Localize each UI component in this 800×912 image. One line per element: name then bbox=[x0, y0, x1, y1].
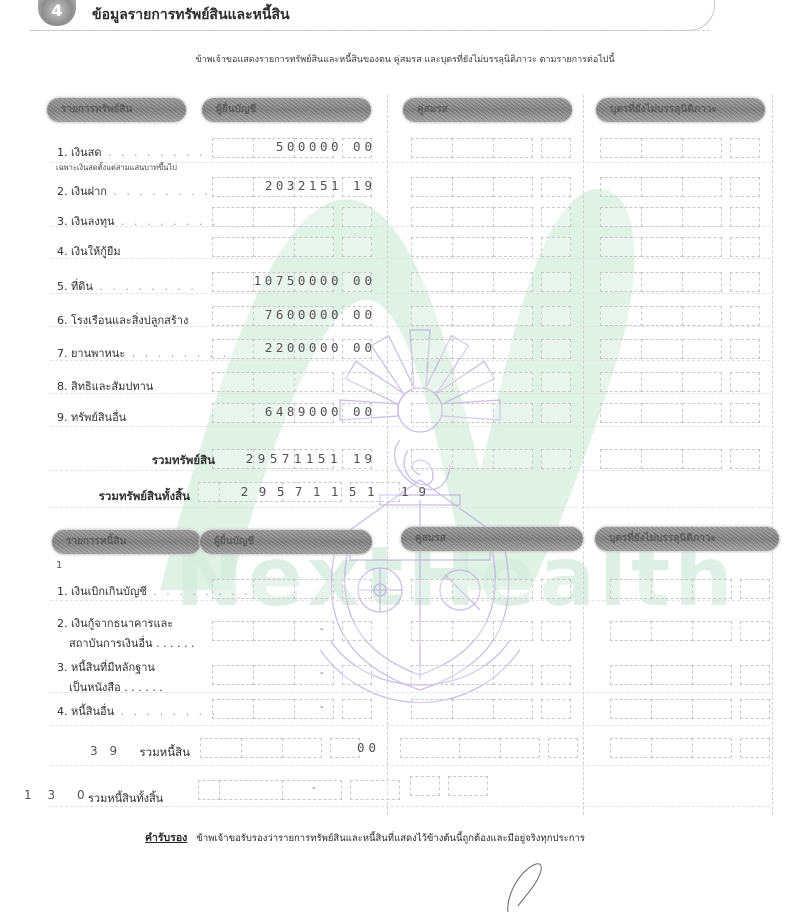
leader-dots: . . . . . . . . bbox=[107, 185, 211, 198]
liability-label-text: 2. เงินกู้จากธนาคารและ bbox=[57, 614, 195, 634]
amount-cell[interactable] bbox=[253, 207, 295, 227]
certification-text: ข้าพเจ้าขอรับรองว่ารายการทรัพย์สินและหนี… bbox=[196, 833, 585, 844]
liability-spouse-amount[interactable] bbox=[411, 699, 570, 721]
amount-cell[interactable] bbox=[342, 621, 372, 641]
row-separator bbox=[50, 426, 770, 427]
amount-cell[interactable] bbox=[600, 403, 642, 423]
asset-spouse-amount[interactable] bbox=[411, 138, 570, 160]
liabilities-grand-total-box[interactable] bbox=[198, 780, 399, 802]
amount-cell[interactable] bbox=[730, 272, 760, 292]
asset-row-label: 8. สิทธิและสัมปทาน bbox=[57, 377, 153, 395]
amount-cell[interactable] bbox=[730, 306, 760, 326]
amount-cell[interactable] bbox=[541, 177, 571, 197]
amount-cell[interactable] bbox=[212, 699, 254, 719]
liabilities-grand-total-label: รวมหนี้สินทั้งสิ้น bbox=[88, 789, 163, 807]
amount-cell[interactable] bbox=[651, 738, 693, 758]
amount-cell[interactable] bbox=[641, 306, 683, 326]
liability-label-text: 3. หนี้สินที่มีหลักฐาน bbox=[57, 658, 163, 678]
amount-cell[interactable] bbox=[411, 621, 453, 641]
amount-cell[interactable] bbox=[641, 403, 683, 423]
amount-cell[interactable] bbox=[342, 207, 372, 227]
amount-cell[interactable] bbox=[493, 579, 533, 599]
asset-declarant-satang: 00 bbox=[348, 139, 376, 154]
amount-cell[interactable] bbox=[541, 403, 571, 423]
amount-cell[interactable] bbox=[651, 699, 693, 719]
amount-cell[interactable] bbox=[600, 237, 642, 257]
assets-grand-total-label: รวมทรัพย์สินทั้งสิ้น bbox=[30, 488, 190, 506]
amount-cell[interactable] bbox=[493, 665, 533, 685]
amount-cell[interactable] bbox=[200, 738, 242, 758]
amount-cell[interactable] bbox=[411, 237, 453, 257]
amount-cell[interactable] bbox=[692, 665, 732, 685]
certification: คำรับรอง ข้าพเจ้าขอรับรองว่ารายการทรัพย์… bbox=[145, 829, 585, 846]
asset-declarant-satang: 00 bbox=[348, 307, 376, 322]
liabilities-grand-total-prefix: 0 bbox=[77, 788, 85, 802]
asset-children-amount[interactable] bbox=[600, 372, 759, 394]
section-header-underline bbox=[40, 30, 710, 31]
amount-cell[interactable] bbox=[493, 449, 533, 469]
amount-cell[interactable] bbox=[411, 272, 453, 292]
amount-cell[interactable] bbox=[452, 449, 494, 469]
amount-cell[interactable] bbox=[682, 372, 722, 392]
amount-cell[interactable] bbox=[452, 621, 494, 641]
amount-cell[interactable] bbox=[452, 138, 494, 158]
amount-cell[interactable] bbox=[682, 403, 722, 423]
amount-cell[interactable] bbox=[641, 372, 683, 392]
amount-cell[interactable] bbox=[541, 699, 571, 719]
asset-label-text: 2. เงินฝาก bbox=[57, 185, 107, 198]
amount-cell[interactable] bbox=[400, 738, 460, 758]
asset-spouse-amount[interactable] bbox=[411, 207, 570, 229]
amount-cell[interactable] bbox=[651, 665, 693, 685]
amount-cell[interactable] bbox=[253, 372, 295, 392]
amount-cell[interactable] bbox=[459, 738, 501, 758]
assets-header-item: รายการทรัพย์สิน bbox=[47, 98, 186, 122]
liability-declarant-amount[interactable] bbox=[212, 665, 371, 687]
amount-cell[interactable] bbox=[452, 339, 494, 359]
liability-declarant-value: - bbox=[320, 624, 324, 635]
amount-cell[interactable] bbox=[641, 207, 683, 227]
amount-cell[interactable] bbox=[410, 776, 440, 796]
asset-declarant-baht: 2032151 bbox=[200, 178, 342, 193]
assets-header-children: บุตรที่ยังไม่บรรลุนิติภาวะ bbox=[596, 98, 765, 122]
amount-cell[interactable] bbox=[493, 306, 533, 326]
amount-cell[interactable] bbox=[692, 621, 732, 641]
amount-cell[interactable] bbox=[282, 738, 322, 758]
amount-cell[interactable] bbox=[730, 207, 760, 227]
asset-label-text: 6. โรงเรือนและสิ่งปลูกสร้าง bbox=[57, 314, 188, 327]
liability-children-amount[interactable] bbox=[610, 579, 769, 601]
liability-children-amount[interactable] bbox=[610, 665, 769, 687]
amount-cell[interactable] bbox=[740, 665, 770, 685]
asset-declarant-satang: 19 bbox=[348, 178, 376, 193]
liability-spouse-amount[interactable] bbox=[411, 621, 570, 643]
asset-children-amount[interactable] bbox=[600, 403, 759, 425]
amount-cell[interactable] bbox=[411, 449, 453, 469]
liability-declarant-amount[interactable] bbox=[212, 621, 371, 643]
amount-cell[interactable] bbox=[740, 579, 770, 599]
amount-cell[interactable] bbox=[600, 272, 642, 292]
column-divider bbox=[772, 95, 773, 815]
liabilities-subtotal-box[interactable] bbox=[200, 738, 359, 760]
amount-cell[interactable] bbox=[294, 579, 334, 599]
assets-header-spouse: คู่สมรส bbox=[403, 98, 572, 122]
amount-cell[interactable] bbox=[493, 699, 533, 719]
amount-cell[interactable] bbox=[692, 738, 732, 758]
amount-cell[interactable] bbox=[730, 177, 760, 197]
amount-cell[interactable] bbox=[253, 621, 295, 641]
assets-subtotal-spouse-box[interactable] bbox=[411, 449, 570, 471]
amount-cell[interactable] bbox=[411, 138, 453, 158]
liability-row-label: 2. เงินกู้จากธนาคารและสถาบันการเงินอื่น … bbox=[57, 614, 195, 654]
amount-cell[interactable] bbox=[610, 579, 652, 599]
asset-row-label: 5. ที่ดิน . . . . . . . . bbox=[57, 277, 197, 295]
amount-cell[interactable] bbox=[212, 665, 254, 685]
amount-cell[interactable] bbox=[253, 699, 295, 719]
liability-spouse-amount[interactable] bbox=[411, 579, 570, 601]
amount-cell[interactable] bbox=[692, 579, 732, 599]
amount-cell[interactable] bbox=[411, 177, 453, 197]
amount-cell[interactable] bbox=[350, 780, 400, 800]
liabilities-header-declarant: ผู้ยื่นบัญชี bbox=[200, 530, 372, 554]
amount-cell[interactable] bbox=[541, 665, 571, 685]
row-separator bbox=[50, 507, 770, 508]
amount-cell[interactable] bbox=[452, 177, 494, 197]
amount-cell[interactable] bbox=[651, 621, 693, 641]
amount-cell[interactable] bbox=[541, 272, 571, 292]
amount-cell[interactable] bbox=[651, 579, 693, 599]
amount-cell[interactable] bbox=[610, 738, 652, 758]
amount-cell[interactable] bbox=[493, 403, 533, 423]
liability-children-amount[interactable] bbox=[610, 699, 769, 721]
amount-cell[interactable] bbox=[448, 776, 488, 796]
amount-cell[interactable] bbox=[493, 237, 533, 257]
amount-cell[interactable] bbox=[600, 306, 642, 326]
liability-label-text-line2: สถาบันการเงินอื่น . . . . . . bbox=[57, 634, 195, 654]
amount-cell[interactable] bbox=[342, 665, 372, 685]
police-seal-watermark bbox=[310, 300, 530, 720]
asset-children-amount[interactable] bbox=[600, 207, 759, 229]
amount-cell[interactable] bbox=[493, 177, 533, 197]
amount-cell[interactable] bbox=[294, 207, 334, 227]
amount-cell[interactable] bbox=[212, 621, 254, 641]
amount-cell[interactable] bbox=[452, 372, 494, 392]
assets-header-declarant: ผู้ยื่นบัญชี bbox=[202, 98, 371, 122]
assets-grand-total-satang: 19 bbox=[400, 484, 436, 499]
amount-cell[interactable] bbox=[740, 621, 770, 641]
liability-row-label: 1. เงินเบิกเกินบัญชี . . . . . . . . bbox=[57, 582, 251, 602]
asset-spouse-amount[interactable] bbox=[411, 177, 570, 199]
amount-cell[interactable] bbox=[452, 699, 494, 719]
liability-children-amount[interactable] bbox=[610, 621, 769, 643]
asset-declarant-amount[interactable] bbox=[212, 237, 371, 259]
amount-cell[interactable] bbox=[198, 780, 220, 800]
amount-cell[interactable] bbox=[682, 138, 722, 158]
amount-cell[interactable] bbox=[452, 306, 494, 326]
amount-cell[interactable] bbox=[600, 339, 642, 359]
amount-cell[interactable] bbox=[541, 621, 571, 641]
leader-dots: . . . . . . . . bbox=[93, 280, 197, 293]
amount-cell[interactable] bbox=[452, 207, 494, 227]
amount-cell[interactable] bbox=[294, 372, 334, 392]
liabilities-header-spouse: คู่สมรส bbox=[401, 527, 583, 551]
asset-declarant-baht: 500000 bbox=[200, 139, 342, 154]
amount-cell[interactable] bbox=[641, 237, 683, 257]
asset-children-amount[interactable] bbox=[600, 177, 759, 199]
amount-cell[interactable] bbox=[740, 699, 770, 719]
liabilities-subtotal-children-box[interactable] bbox=[610, 738, 769, 760]
asset-label-text: 5. ที่ดิน bbox=[57, 280, 93, 293]
amount-cell[interactable] bbox=[541, 237, 571, 257]
liability-label-text: 1. เงินเบิกเกินบัญชี . . . . . . . . bbox=[57, 582, 251, 602]
amount-cell[interactable] bbox=[610, 665, 652, 685]
asset-row-label: 1. เงินสด . . . . . . . . bbox=[57, 143, 205, 161]
amount-cell[interactable] bbox=[600, 449, 642, 469]
amount-cell[interactable] bbox=[682, 237, 722, 257]
amount-cell[interactable] bbox=[493, 138, 533, 158]
liabilities-subtotal-label: รวมหนี้สิน bbox=[118, 744, 190, 762]
asset-spouse-amount[interactable] bbox=[411, 339, 570, 361]
amount-cell[interactable] bbox=[641, 272, 683, 292]
asset-row-label: 4. เงินให้กู้ยืม bbox=[57, 242, 121, 260]
amount-cell[interactable] bbox=[692, 699, 732, 719]
leader-dots: . . . . . . . . bbox=[114, 705, 218, 718]
asset-declarant-amount[interactable] bbox=[212, 207, 371, 229]
amount-cell[interactable] bbox=[541, 306, 571, 326]
signature bbox=[500, 860, 560, 912]
amount-cell[interactable] bbox=[541, 207, 571, 227]
amount-cell[interactable] bbox=[342, 579, 372, 599]
amount-cell[interactable] bbox=[610, 621, 652, 641]
asset-label-text: 7. ยานพาหนะ bbox=[57, 347, 125, 360]
asset-spouse-amount[interactable] bbox=[411, 372, 570, 394]
asset-spouse-amount[interactable] bbox=[411, 237, 570, 259]
amount-cell[interactable] bbox=[600, 177, 642, 197]
liabilities-margin-note: 1 3 bbox=[24, 788, 61, 802]
amount-cell[interactable] bbox=[452, 237, 494, 257]
amount-cell[interactable] bbox=[600, 138, 642, 158]
amount-cell[interactable] bbox=[212, 237, 254, 257]
row-separator bbox=[50, 765, 770, 766]
asset-children-amount[interactable] bbox=[600, 138, 759, 160]
cash-note: เฉพาะเงินสดตั้งแต่สามแสนบาทขึ้นไป bbox=[56, 162, 177, 174]
asset-declarant-baht: 7600000 bbox=[200, 307, 342, 322]
amount-cell[interactable] bbox=[411, 699, 453, 719]
asset-label-text: 8. สิทธิและสัมปทาน bbox=[57, 380, 153, 393]
amount-cell[interactable] bbox=[541, 372, 571, 392]
amount-cell[interactable] bbox=[730, 449, 760, 469]
asset-declarant-satang: 00 bbox=[348, 404, 376, 419]
amount-cell[interactable] bbox=[730, 138, 760, 158]
amount-cell[interactable] bbox=[294, 621, 334, 641]
assets-subtotal-baht: 29571151 bbox=[200, 451, 342, 466]
amount-cell[interactable] bbox=[411, 306, 453, 326]
liabilities-subtotal-prefix: 3 9 bbox=[90, 744, 121, 758]
amount-cell[interactable] bbox=[212, 372, 254, 392]
amount-cell[interactable] bbox=[600, 207, 642, 227]
amount-cell[interactable] bbox=[294, 237, 334, 257]
section-intro-text: ข้าพเจ้าขอแสดงรายการทรัพย์สินและหนี้สินข… bbox=[95, 52, 715, 66]
asset-children-amount[interactable] bbox=[600, 339, 759, 361]
amount-cell[interactable] bbox=[411, 665, 453, 685]
amount-cell[interactable] bbox=[452, 579, 494, 599]
asset-spouse-amount[interactable] bbox=[411, 272, 570, 294]
leader-dots: . . . . . . . . bbox=[102, 146, 206, 159]
amount-cell[interactable] bbox=[241, 738, 283, 758]
asset-children-amount[interactable] bbox=[600, 237, 759, 259]
amount-cell[interactable] bbox=[730, 339, 760, 359]
liability-label-text-line2: เป็นหนังสือ . . . . . . bbox=[57, 678, 163, 698]
certification-heading: คำรับรอง bbox=[145, 832, 187, 844]
amount-cell[interactable] bbox=[452, 403, 494, 423]
amount-cell[interactable] bbox=[452, 665, 494, 685]
liabilities-subtotal-spouse-box[interactable] bbox=[400, 738, 577, 760]
liabilities-header-children: บุตรที่ยังไม่บรรลุนิติภาวะ bbox=[595, 527, 779, 551]
asset-row-label: 6. โรงเรือนและสิ่งปลูกสร้าง bbox=[57, 311, 188, 329]
amount-cell[interactable] bbox=[682, 339, 722, 359]
amount-cell[interactable] bbox=[541, 449, 571, 469]
amount-cell[interactable] bbox=[730, 237, 760, 257]
amount-cell[interactable] bbox=[682, 449, 722, 469]
asset-row-label: 3. เงินลงทุน . . . . . . . . bbox=[57, 212, 218, 230]
stray-mark: 1 bbox=[56, 560, 62, 571]
amount-cell[interactable] bbox=[600, 372, 642, 392]
amount-cell[interactable] bbox=[682, 272, 722, 292]
liability-row-label: 3. หนี้สินที่มีหลักฐานเป็นหนังสือ . . . … bbox=[57, 658, 163, 698]
asset-spouse-amount[interactable] bbox=[411, 306, 570, 328]
amount-cell[interactable] bbox=[411, 339, 453, 359]
asset-row-label: 2. เงินฝาก . . . . . . . . bbox=[57, 182, 211, 200]
assets-subtotal-children-box[interactable] bbox=[600, 449, 759, 471]
column-divider bbox=[583, 95, 584, 815]
assets-subtotal-satang: 19 bbox=[348, 451, 376, 466]
asset-label-text: 1. เงินสด bbox=[57, 146, 102, 159]
asset-declarant-satang: 00 bbox=[348, 273, 376, 288]
asset-declarant-baht: 6489000 bbox=[200, 404, 342, 419]
column-divider bbox=[387, 95, 388, 815]
leader-dots: . . . . . . . . bbox=[147, 585, 251, 598]
amount-cell[interactable] bbox=[253, 665, 295, 685]
amount-cell[interactable] bbox=[493, 621, 533, 641]
liabilities-header-item: รายการหนี้สิน bbox=[52, 530, 201, 554]
asset-declarant-baht: 2200000 bbox=[200, 340, 342, 355]
row-separator bbox=[50, 725, 770, 726]
amount-cell[interactable] bbox=[411, 579, 453, 599]
liabilities-grand-total-value: - bbox=[312, 783, 316, 794]
asset-declarant-baht: 10750000 bbox=[200, 273, 342, 288]
liability-declarant-value: - bbox=[320, 668, 324, 679]
amount-cell[interactable] bbox=[411, 372, 453, 392]
amount-cell[interactable] bbox=[610, 699, 652, 719]
liability-label-text: 4. หนี้สินอื่น . . . . . . . . bbox=[57, 702, 218, 722]
amount-cell[interactable] bbox=[342, 237, 372, 257]
amount-cell[interactable] bbox=[294, 699, 334, 719]
amount-cell[interactable] bbox=[411, 403, 453, 423]
asset-label-text: 9. ทรัพย์สินอื่น bbox=[57, 411, 126, 424]
asset-declarant-amount[interactable] bbox=[212, 372, 371, 394]
amount-cell[interactable] bbox=[253, 579, 295, 599]
amount-cell[interactable] bbox=[641, 449, 683, 469]
liability-spouse-amount[interactable] bbox=[411, 665, 570, 687]
liability-row-label: 4. หนี้สินอื่น . . . . . . . . bbox=[57, 702, 218, 722]
amount-cell[interactable] bbox=[493, 372, 533, 392]
amount-cell[interactable] bbox=[641, 177, 683, 197]
amount-cell[interactable] bbox=[493, 339, 533, 359]
leader-dots: . . . . . . . . bbox=[115, 215, 219, 228]
asset-children-amount[interactable] bbox=[600, 306, 759, 328]
amount-cell[interactable] bbox=[730, 372, 760, 392]
amount-cell[interactable] bbox=[682, 306, 722, 326]
amount-cell[interactable] bbox=[548, 738, 578, 758]
amount-cell[interactable] bbox=[493, 207, 533, 227]
assets-subtotal-label: รวมทรัพย์สิน bbox=[60, 452, 215, 470]
amount-cell[interactable] bbox=[541, 339, 571, 359]
asset-declarant-satang: 00 bbox=[348, 340, 376, 355]
amount-cell[interactable] bbox=[294, 665, 334, 685]
amount-cell[interactable] bbox=[342, 699, 372, 719]
asset-spouse-amount[interactable] bbox=[411, 403, 570, 425]
amount-cell[interactable] bbox=[541, 138, 571, 158]
amount-cell[interactable] bbox=[342, 372, 372, 392]
asset-label-text: 4. เงินให้กู้ยืม bbox=[57, 245, 121, 258]
amount-cell[interactable] bbox=[500, 738, 540, 758]
asset-children-amount[interactable] bbox=[600, 272, 759, 294]
amount-cell[interactable] bbox=[740, 738, 770, 758]
amount-cell[interactable] bbox=[493, 272, 533, 292]
liabilities-grand-total-extra-box[interactable] bbox=[410, 776, 487, 798]
asset-row-label: 9. ทรัพย์สินอื่น bbox=[57, 408, 126, 426]
amount-cell[interactable] bbox=[682, 177, 722, 197]
asset-label-text: 3. เงินลงทุน bbox=[57, 215, 115, 228]
liability-declarant-amount[interactable] bbox=[212, 699, 371, 721]
amount-cell[interactable] bbox=[641, 339, 683, 359]
amount-cell[interactable] bbox=[682, 207, 722, 227]
amount-cell[interactable] bbox=[541, 579, 571, 599]
amount-cell[interactable] bbox=[641, 138, 683, 158]
section-title: ข้อมูลรายการทรัพย์สินและหนี้สิน bbox=[92, 4, 290, 26]
assets-grand-total-baht: 29571151 bbox=[200, 484, 385, 499]
amount-cell[interactable] bbox=[219, 780, 283, 800]
liability-declarant-value: - bbox=[320, 702, 324, 713]
liabilities-subtotal-satang: 00 bbox=[350, 740, 380, 755]
amount-cell[interactable] bbox=[730, 403, 760, 423]
amount-cell[interactable] bbox=[452, 272, 494, 292]
amount-cell[interactable] bbox=[411, 207, 453, 227]
amount-cell[interactable] bbox=[253, 237, 295, 257]
